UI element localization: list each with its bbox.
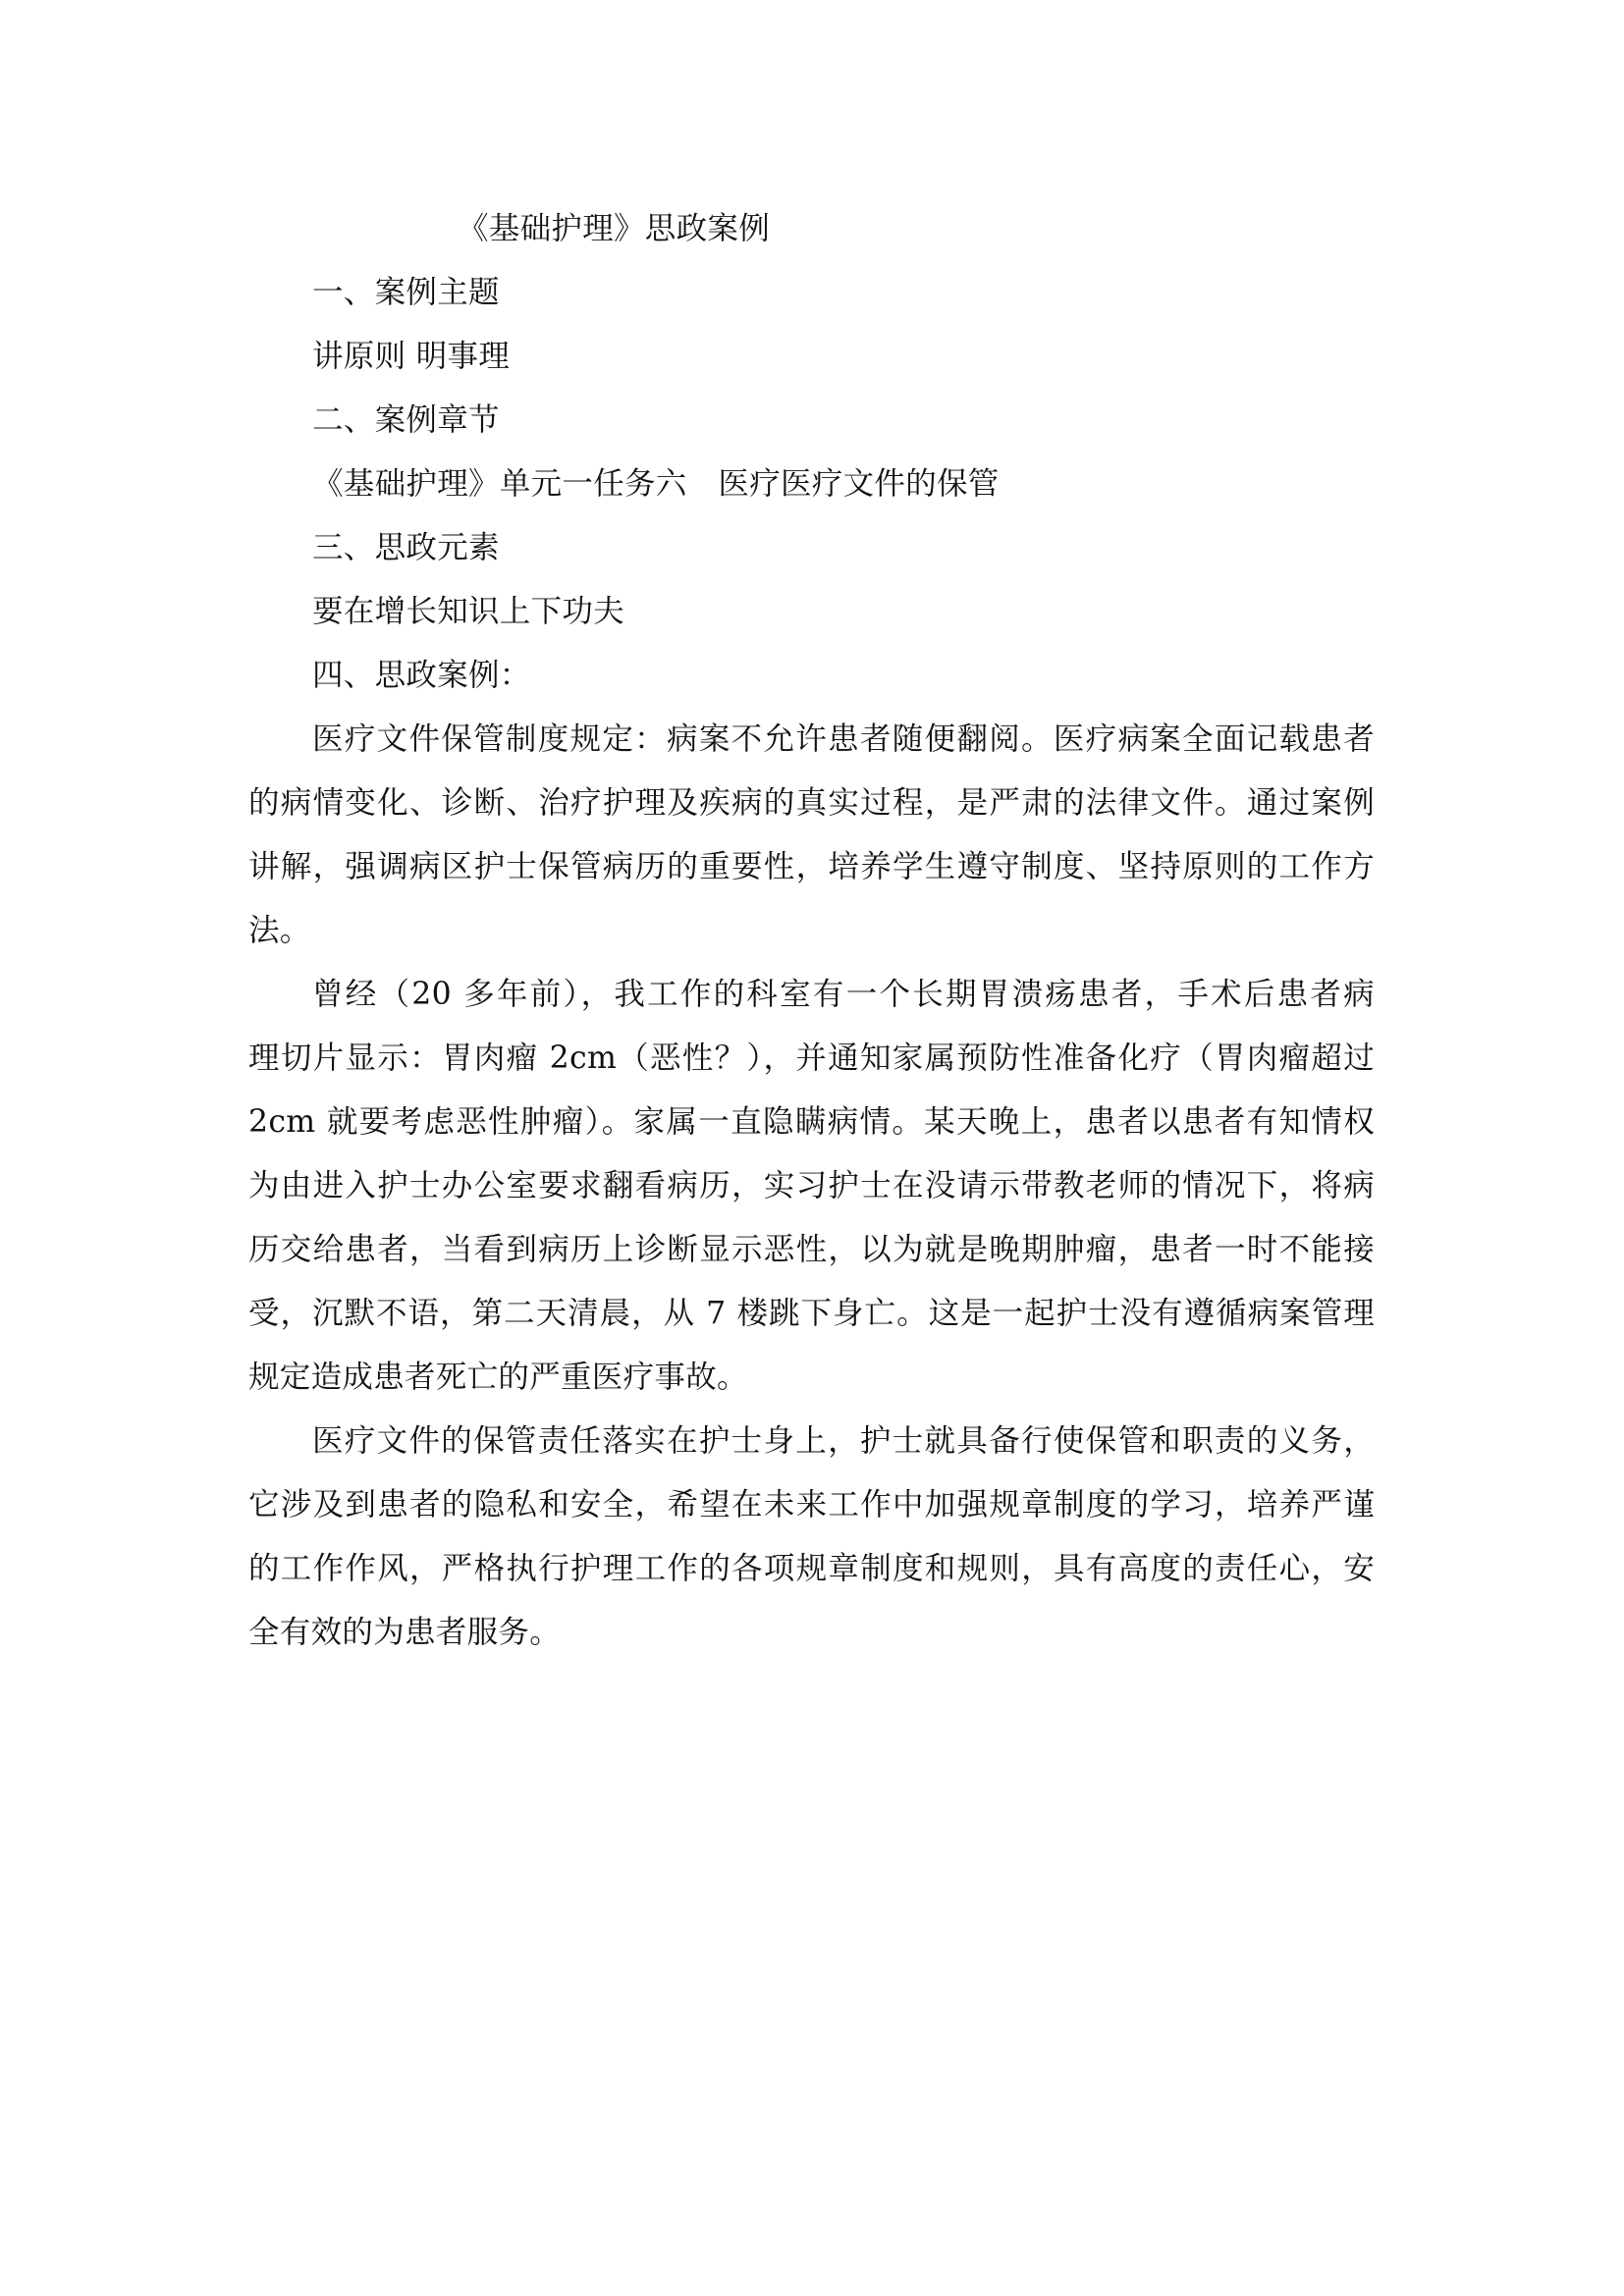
section-heading-theme: 一、案例主题 [312, 273, 500, 312]
paragraph-line: 的病情变化、诊断、治疗护理及疾病的真实过程，是严肃的法律文件。通过案例 [248, 783, 1375, 823]
paragraph-line: 曾经（20 多年前），我工作的科室有一个长期胃溃疡患者，手术后患者病 [312, 975, 1375, 1014]
section-heading-chapter: 二、案例章节 [312, 400, 500, 440]
paragraph-line: 医疗文件保管制度规定：病案不允许患者随便翻阅。医疗病案全面记载患者 [312, 720, 1375, 759]
section-content-theme: 讲原则 明事理 [312, 337, 510, 376]
document-title: 《基础护理》思政案例 [458, 209, 770, 248]
paragraph-line: 为由进入护士办公室要求翻看病历，实习护士在没请示带教老师的情况下，将病 [248, 1166, 1375, 1205]
paragraph-line: 全有效的为患者服务。 [248, 1613, 1375, 1652]
section-heading-elements: 三、思政元素 [312, 528, 500, 567]
section-content-elements: 要在增长知识上下功夫 [312, 592, 624, 631]
paragraph-line: 理切片显示：胃肉瘤 2cm（恶性？），并通知家属预防性准备化疗（胃肉瘤超过 [248, 1039, 1375, 1078]
paragraph-line: 医疗文件的保管责任落实在护士身上，护士就具备行使保管和职责的义务， [312, 1421, 1375, 1461]
paragraph-line: 历交给患者，当看到病历上诊断显示恶性，以为就是晚期肿瘤，患者一时不能接 [248, 1230, 1375, 1269]
paragraph-line: 讲解，强调病区护士保管病历的重要性，培养学生遵守制度、坚持原则的工作方 [248, 847, 1375, 886]
section-heading-case: 四、思政案例： [312, 656, 531, 695]
paragraph-line: 规定造成患者死亡的严重医疗事故。 [248, 1358, 1375, 1397]
paragraph-line: 的工作作风，严格执行护理工作的各项规章制度和规则，具有高度的责任心，安 [248, 1549, 1375, 1588]
paragraph-line: 法。 [248, 911, 1375, 950]
section-content-chapter: 《基础护理》单元一任务六 医疗医疗文件的保管 [312, 464, 1000, 504]
paragraph-line: 它涉及到患者的隐私和安全，希望在未来工作中加强规章制度的学习，培养严谨 [248, 1485, 1375, 1524]
paragraph-line: 2cm 就要考虑恶性肿瘤）。家属一直隐瞒病情。某天晚上，患者以患者有知情权 [248, 1102, 1375, 1142]
document-page: 《基础护理》思政案例 一、案例主题 讲原则 明事理 二、案例章节 《基础护理》单… [0, 0, 1624, 2296]
paragraph-line: 受，沉默不语，第二天清晨，从 7 楼跳下身亡。这是一起护士没有遵循病案管理 [248, 1294, 1375, 1333]
